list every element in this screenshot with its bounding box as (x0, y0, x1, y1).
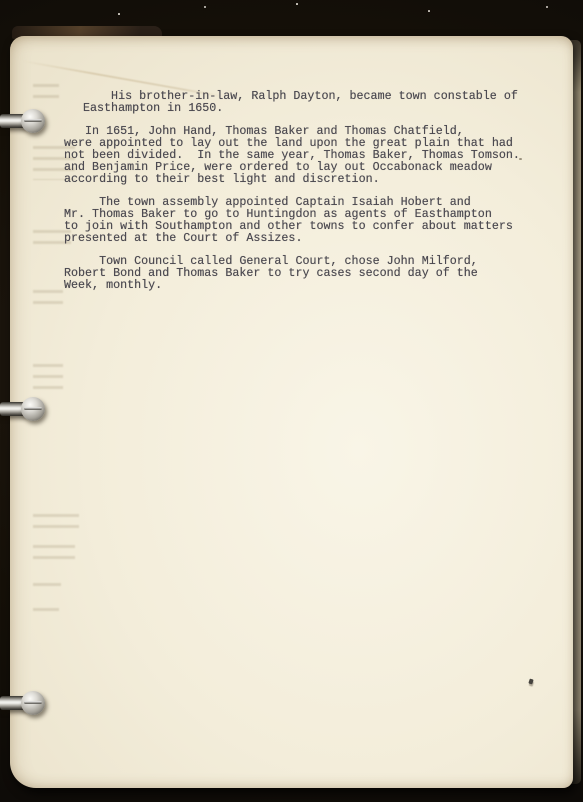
typewritten-paragraph: In 1651, John Hand, Thomas Baker and Tho… (64, 126, 540, 185)
ink-speck (528, 679, 533, 685)
dust-speck (296, 3, 298, 5)
bleedthrough-mark (33, 514, 79, 528)
bleedthrough-mark (33, 364, 63, 390)
dust-speck (546, 6, 548, 8)
ring-seam (24, 701, 42, 704)
bleedthrough-mark (33, 608, 59, 618)
typewritten-paragraph: The town assembly appointed Captain Isai… (64, 197, 540, 244)
binder-ring-middle (0, 395, 45, 423)
bleedthrough-mark (33, 583, 61, 593)
paper-speck (519, 158, 522, 160)
binder-ring-top (0, 107, 45, 135)
bleedthrough-mark (33, 290, 63, 312)
typewritten-paragraph: His brother-in-law, Ralph Dayton, became… (83, 91, 540, 115)
ring-seam (24, 119, 42, 122)
dust-speck (118, 13, 120, 15)
binder-ring-bottom (0, 689, 45, 717)
bleedthrough-mark (33, 84, 59, 106)
dust-speck (204, 6, 206, 8)
ring-seam (24, 407, 42, 410)
typewritten-paragraph: Town Council called General Court, chose… (64, 256, 540, 291)
bleedthrough-mark (33, 545, 75, 567)
document-page: His brother-in-law, Ralph Dayton, became… (10, 36, 573, 788)
typewritten-text: His brother-in-law, Ralph Dayton, became… (64, 91, 540, 303)
binder-photo: His brother-in-law, Ralph Dayton, became… (0, 0, 583, 802)
dust-speck (428, 10, 430, 12)
